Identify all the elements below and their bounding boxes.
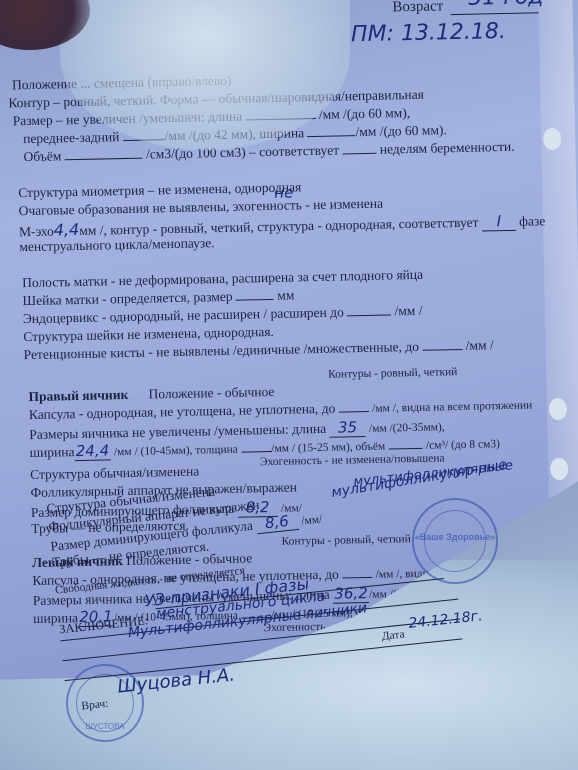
right-length-unit: /мм /(20-35мм), <box>369 421 445 435</box>
uterus-size-norm: /мм /(до 60 мм), <box>319 105 411 122</box>
stamp-clinic-name: «Ваше Здоровье» <box>414 532 496 542</box>
right-thickness-unit: /мм / (15-25 мм), объём <box>271 441 385 455</box>
lmp-value: ПМ: 13.12.18. <box>351 19 506 47</box>
endocervix-unit: /мм / <box>394 303 422 319</box>
right-ovary-contours: Контуры - ровный, четкий <box>328 366 457 381</box>
width-norm: /мм /(до 60 мм). <box>355 122 447 139</box>
doctor-stamp: ШУСТОВА <box>66 664 144 742</box>
right-dominant-value: 8,2 <box>245 498 269 516</box>
right-width-unit: /мм / (10-45мм), толщина <box>114 444 238 459</box>
weeks-label: неделям беременности. <box>380 139 515 157</box>
right-follicular: Фолликулярный аппарат не выражен/выражен <box>30 479 297 500</box>
right-tubes: Трубы — не определяются. <box>31 518 189 537</box>
cysts-unit: /мм / <box>466 337 494 353</box>
mecho-value: 4,4 <box>54 220 80 240</box>
cervix-label: Шейка матки - определяется, размер <box>22 289 232 308</box>
ap-label: переднее-задний <box>23 129 120 146</box>
left-width-label: ширина <box>33 610 78 626</box>
punch-hole <box>552 538 570 560</box>
right-structure: Структура обычная/изменена <box>30 464 199 484</box>
right-length-value: 35 <box>338 418 357 436</box>
cycle-text: менструального цикла/менопаузе. <box>19 235 215 255</box>
left-ovary-contours: Контуры - ровный, четкий <box>281 533 410 548</box>
mecho-label: М-эхо <box>19 224 54 240</box>
right-dominant-label: Размер доминирующего фолликула <box>31 501 235 520</box>
cavity: Полость матки - не деформирована, расшир… <box>22 267 423 291</box>
left-width-value: 20,1 <box>79 607 113 626</box>
right-echo: Эхогенность - не изменена/повышена <box>260 452 445 468</box>
right-capsule-end: /мм /, видна на всем протяжении <box>372 400 532 415</box>
phase-value: I <box>496 212 501 230</box>
age-blank <box>451 12 539 15</box>
right-volume-unit: /см³/ (до 8 см3) <box>426 438 500 452</box>
cervix-unit: мм <box>277 287 294 302</box>
right-ovary-title: Правый яичник <box>28 387 128 404</box>
focal-hand-note: не <box>274 183 293 201</box>
sheet-protector-edge <box>538 0 578 618</box>
punch-hole <box>543 128 561 150</box>
left-ovary-title: Левый яичник <box>32 553 123 570</box>
mecho-text: мм /, контур - ровный, четкий, структура… <box>79 215 479 238</box>
right-ovary-position: Положение - обычное <box>148 384 274 402</box>
age-value: 31 год <box>468 0 544 11</box>
punch-hole <box>550 458 568 480</box>
right-dominant-unit: /мм/ <box>281 502 302 514</box>
stamp-doctor-name: ШУСТОВА <box>68 722 142 731</box>
right-width-label: ширина <box>30 444 75 460</box>
left-length-value: 36,2 <box>334 584 368 603</box>
right-width-value: 24,4 <box>76 441 110 460</box>
punch-hole <box>549 398 567 420</box>
phase-label: фазе <box>519 213 545 229</box>
age-label: Возраст <box>392 0 443 16</box>
left-ovary-position: Положение - обычное <box>126 550 252 568</box>
volume-label: Объём <box>23 148 61 164</box>
clinic-stamp: «Ваше Здоровье» <box>412 498 498 584</box>
left-width-unit: /мм / (10-45мм), толщина <box>114 610 238 625</box>
